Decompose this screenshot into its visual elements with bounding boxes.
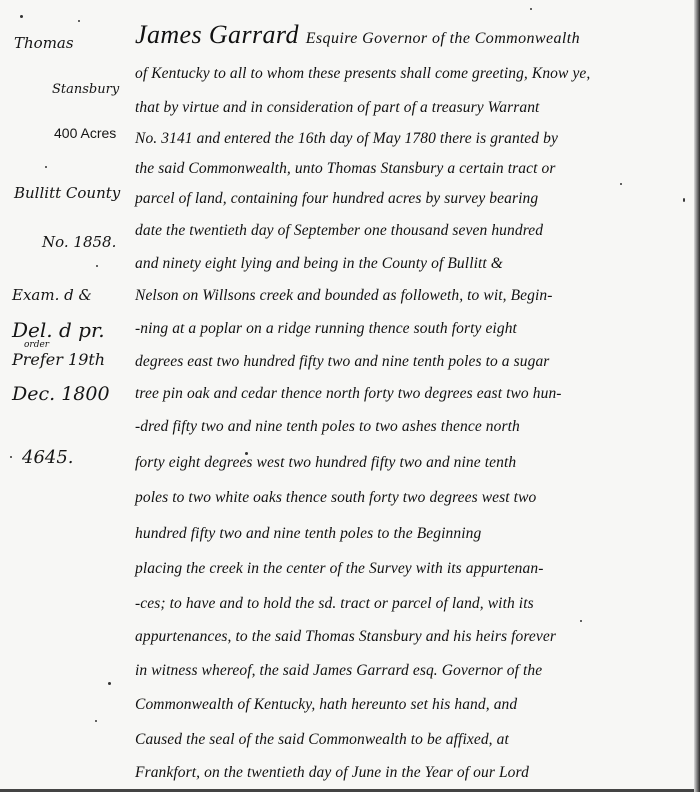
scan-speck bbox=[45, 166, 47, 168]
text-line: -ning at a poplar on a ridge running the… bbox=[135, 320, 517, 338]
text-line: that by virtue and in consideration of p… bbox=[135, 99, 539, 117]
margin-note-order: order bbox=[24, 340, 49, 350]
margin-note-examined: Exam. d & bbox=[12, 286, 92, 304]
text-line: the said Commonwealth, unto Thomas Stans… bbox=[135, 160, 556, 178]
scan-speck bbox=[96, 265, 98, 267]
scan-speck bbox=[95, 720, 97, 722]
scan-speck bbox=[530, 8, 532, 10]
scan-speck bbox=[108, 682, 111, 685]
margin-note-grant-number: No. 1858. bbox=[42, 233, 116, 251]
text-line: Frankfort, on the twentieth day of June … bbox=[135, 764, 529, 782]
text-line: appurtenances, to the said Thomas Stansb… bbox=[135, 628, 556, 646]
scan-speck bbox=[10, 456, 12, 458]
margin-note-county: Bullitt County bbox=[14, 184, 120, 202]
governor-title: Esquire Governor of the Commonwealth bbox=[306, 30, 580, 47]
text-line: parcel of land, containing four hundred … bbox=[135, 190, 538, 208]
margin-note-grantee-last: Stansbury bbox=[52, 82, 119, 97]
margin-note-december-1800: Dec. 1800 bbox=[12, 383, 110, 405]
scan-speck bbox=[20, 15, 23, 18]
text-line: poles to two white oaks thence south for… bbox=[135, 489, 536, 507]
margin-note-acreage: 400 Acres bbox=[54, 125, 116, 141]
text-line: tree pin oak and cedar thence north fort… bbox=[135, 385, 562, 403]
margin-notes: Thomas Stansbury 400 Acres Bullitt Count… bbox=[0, 0, 135, 792]
text-line: Commonwealth of Kentucky, hath hereunto … bbox=[135, 696, 517, 714]
text-line: date the twentieth day of September one … bbox=[135, 222, 543, 240]
margin-note-record-number: 4645. bbox=[22, 447, 74, 468]
text-line: Nelson on Willsons creek and bounded as … bbox=[135, 287, 553, 305]
text-line: degrees east two hundred fifty two and n… bbox=[135, 353, 549, 371]
text-line: of Kentucky to all to whom these present… bbox=[135, 65, 590, 83]
scan-speck bbox=[245, 452, 248, 455]
scan-speck bbox=[620, 183, 622, 185]
text-line: and ninety eight lying and being in the … bbox=[135, 255, 503, 273]
scanned-land-grant-page: Thomas Stansbury 400 Acres Bullitt Count… bbox=[0, 0, 700, 792]
margin-note-grantee-first: Thomas bbox=[14, 34, 74, 52]
text-line: No. 3141 and entered the 16th day of May… bbox=[135, 130, 558, 148]
text-line: placing the creek in the center of the S… bbox=[135, 560, 544, 578]
scan-speck bbox=[78, 20, 80, 22]
text-line: -dred fifty two and nine tenth poles to … bbox=[135, 418, 520, 436]
scan-speck bbox=[683, 198, 685, 202]
text-line: in witness whereof, the said James Garra… bbox=[135, 662, 542, 680]
margin-note-delivered: Del. d pr. bbox=[12, 318, 105, 342]
text-line: forty eight degrees west two hundred fif… bbox=[135, 454, 516, 472]
grant-heading: James Garrard Esquire Governor of the Co… bbox=[135, 20, 580, 50]
text-line: Caused the seal of the said Commonwealth… bbox=[135, 731, 509, 749]
margin-note-prefer-date: Prefer 19th bbox=[12, 350, 105, 369]
governor-name: James Garrard bbox=[135, 20, 299, 49]
grant-body-text: James Garrard Esquire Governor of the Co… bbox=[135, 0, 695, 792]
text-line: hundred fifty two and nine tenth poles t… bbox=[135, 525, 481, 543]
text-line: -ces; to have and to hold the sd. tract … bbox=[135, 595, 534, 613]
scan-speck bbox=[580, 620, 582, 622]
